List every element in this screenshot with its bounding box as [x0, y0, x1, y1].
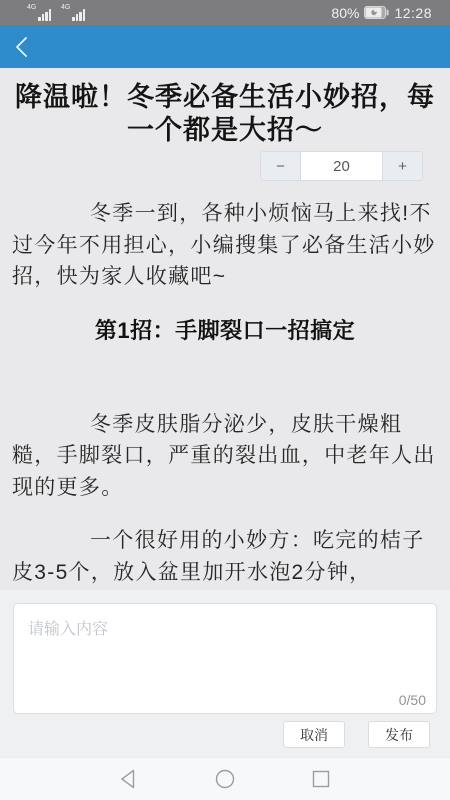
publish-button[interactable]: 发布: [368, 721, 430, 748]
sim1-signal-icon: 4G: [27, 6, 51, 21]
number-stepper: − 20 +: [260, 151, 423, 181]
status-signal-area: 4G 4G: [27, 5, 85, 21]
nav-back-icon[interactable]: [117, 767, 141, 791]
clock-label: 12:28: [394, 5, 432, 21]
comment-input-wrapper: 0/50: [13, 603, 437, 714]
cancel-button[interactable]: 取消: [283, 721, 345, 748]
stepper-decrease-button[interactable]: −: [261, 152, 301, 180]
comment-actions: 取消 发布: [20, 721, 430, 748]
nav-recents-icon[interactable]: [309, 767, 333, 791]
char-counter: 0/50: [399, 691, 426, 709]
back-icon[interactable]: [10, 35, 34, 59]
sim2-network-label: 4G: [61, 4, 70, 12]
app-header: [0, 25, 450, 68]
sim1-network-label: 4G: [27, 4, 36, 12]
status-right-area: 80% 12:28: [331, 5, 432, 21]
section-heading: 第1招：手脚裂口一招搞定: [0, 314, 450, 345]
article-content: 降温啦！冬季必备生活小妙招，每一个都是大招～ − 20 + 冬季一到，各种小烦恼…: [0, 68, 450, 590]
article-paragraph: 冬季一到，各种小烦恼马上来找!不过今年不用担心，小编搜集了必备生活小妙招，快为家…: [12, 198, 438, 293]
nav-home-icon[interactable]: [213, 767, 237, 791]
android-nav-bar: [0, 757, 450, 800]
stepper-value-input[interactable]: 20: [301, 152, 382, 180]
sim2-signal-icon: 4G: [61, 6, 85, 21]
comment-panel: 0/50 取消 发布: [0, 590, 450, 757]
status-bar: 4G 4G 80% 12:28: [0, 0, 450, 25]
battery-percent-label: 80%: [331, 5, 359, 21]
battery-icon: [364, 6, 389, 19]
article-title: 降温啦！冬季必备生活小妙招，每一个都是大招～: [12, 81, 438, 147]
phone-screen: 4G 4G 80% 12:28: [0, 0, 450, 800]
stepper-increase-button[interactable]: +: [382, 152, 422, 180]
article-paragraph: 一个很好用的小妙方：吃完的桔子皮3-5个，放入盆里加开水泡2分钟，: [12, 525, 438, 588]
comment-input[interactable]: [14, 604, 436, 713]
article-paragraph: 冬季皮肤脂分泌少，皮肤干燥粗糙，手脚裂口，严重的裂出血，中老年人出现的更多。: [12, 409, 438, 504]
